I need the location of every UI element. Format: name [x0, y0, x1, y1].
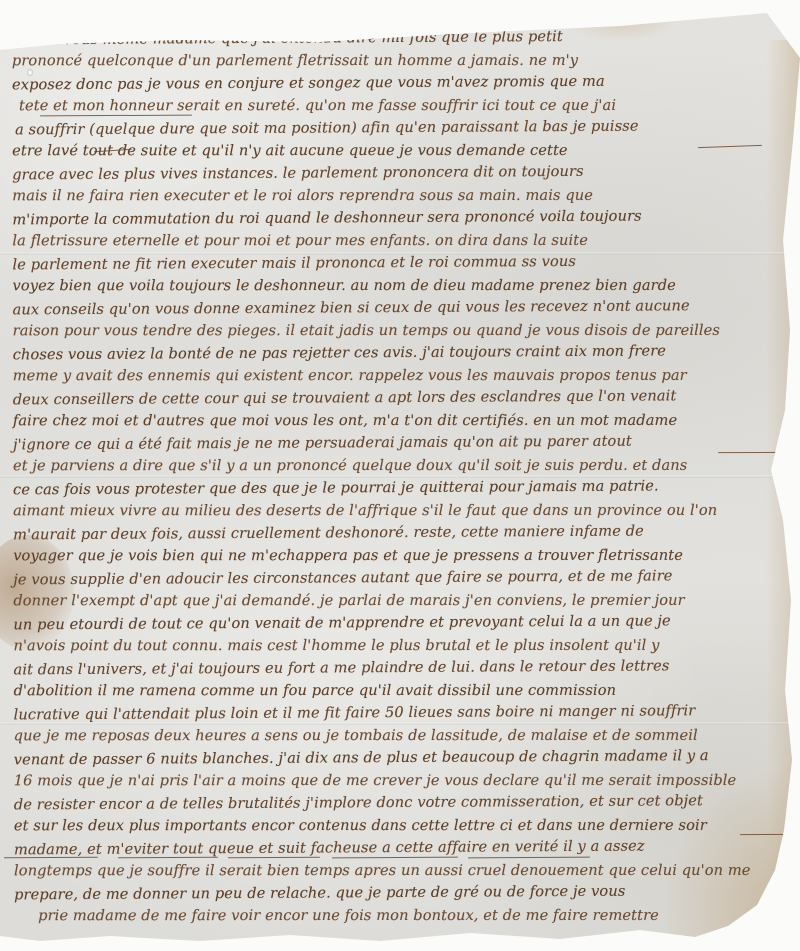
letter-line: donner l'exempt d'apt que j'ai demandé. …	[13, 589, 792, 612]
letter-line: voyez bien que voila toujours le deshonn…	[12, 274, 791, 297]
letter-paper: Cest a vous meme madame que j'ai entendu…	[0, 0, 800, 951]
letter-line: aimant mieux vivre au milieu des deserts…	[13, 499, 792, 522]
letter-line: aux conseils qu'on vous donne examinez b…	[12, 295, 791, 322]
letter-line: deux conseillers de cette cour qui se tr…	[13, 385, 792, 412]
letter-line: Cest a vous meme madame que j'ai entendu…	[12, 25, 791, 52]
letter-line: n'avois point du tout connu. mais cest l…	[13, 634, 792, 657]
letter-line: lucrative qui l'attendait plus loin et i…	[14, 700, 793, 727]
letter-line: venant de passer 6 nuits blanches. j'ai …	[14, 745, 793, 772]
letter-line: et je parviens a dire que s'il y a un pr…	[13, 454, 792, 477]
letter-line: raison pour vous tendre des pieges. il e…	[13, 319, 792, 342]
letter-line: prononcé quelconque d'un parlement fletr…	[12, 49, 791, 72]
letter-line: mais il ne faira rien executer et le roi…	[12, 184, 791, 207]
letter-line: le parlement ne fit rien executer mais i…	[12, 250, 791, 277]
letter-line: faire chez moi et d'autres que moi vous …	[13, 409, 792, 432]
letter-line: etre lavé tout de suite et qu'il n'y ait…	[12, 139, 791, 162]
letter-line: meme y avait des ennemis qui existent en…	[13, 364, 792, 387]
letter-line: choses vous aviez la bonté de ne pas rej…	[13, 340, 792, 367]
letter-line: longtemps que je souffre il serait bien …	[14, 859, 793, 882]
letter-line: prepare, de me donner un peu de relache.…	[14, 880, 793, 907]
letter-line: et sur les deux plus importants encor co…	[14, 814, 793, 837]
letter-line: ait dans l'univers, et j'ai toujours eu …	[13, 655, 792, 682]
letter-line: j'ignore ce qui a été fait mais je ne me…	[13, 430, 792, 457]
letter-line: m'importe la commutation du roi quand le…	[12, 205, 791, 232]
letter-line: je vous supplie d'en adoucir les circons…	[13, 565, 792, 592]
letter-line: la fletrissure eternelle et pour moi et …	[12, 229, 791, 252]
letter-line: prie madame de me faire voir encor une f…	[38, 904, 793, 927]
letter-line: de resister encor a de telles brutalités…	[14, 790, 793, 817]
letter-line: grace avec les plus vives instances. le …	[12, 160, 791, 187]
letter-line: tete et mon honneur serait en sureté. qu…	[19, 94, 791, 117]
letter-line: que je me reposas deux heures a sens ou …	[14, 724, 793, 747]
letter-line: a souffrir (quelque dure que soit ma pos…	[15, 115, 791, 142]
letter-line: ce cas fois vous protester que des que j…	[13, 475, 792, 502]
letter-line: exposez donc pas je vous en conjure et s…	[12, 70, 791, 97]
letter-line: voyager que je vois bien qui ne m'echapp…	[13, 544, 792, 567]
letter-line: d'abolition il me ramena comme un fou pa…	[14, 679, 793, 702]
letter-line: m'aurait par deux fois, aussi cruellemen…	[13, 520, 792, 547]
letter-line: un peu etourdi de tout ce qu'on venait d…	[13, 610, 792, 637]
letter-line: 16 mois que je n'ai pris l'air a moins q…	[14, 769, 793, 792]
handwritten-text: Cest a vous meme madame que j'ai entendu…	[12, 26, 793, 928]
letter-scan: Cest a vous meme madame que j'ai entendu…	[0, 0, 800, 951]
